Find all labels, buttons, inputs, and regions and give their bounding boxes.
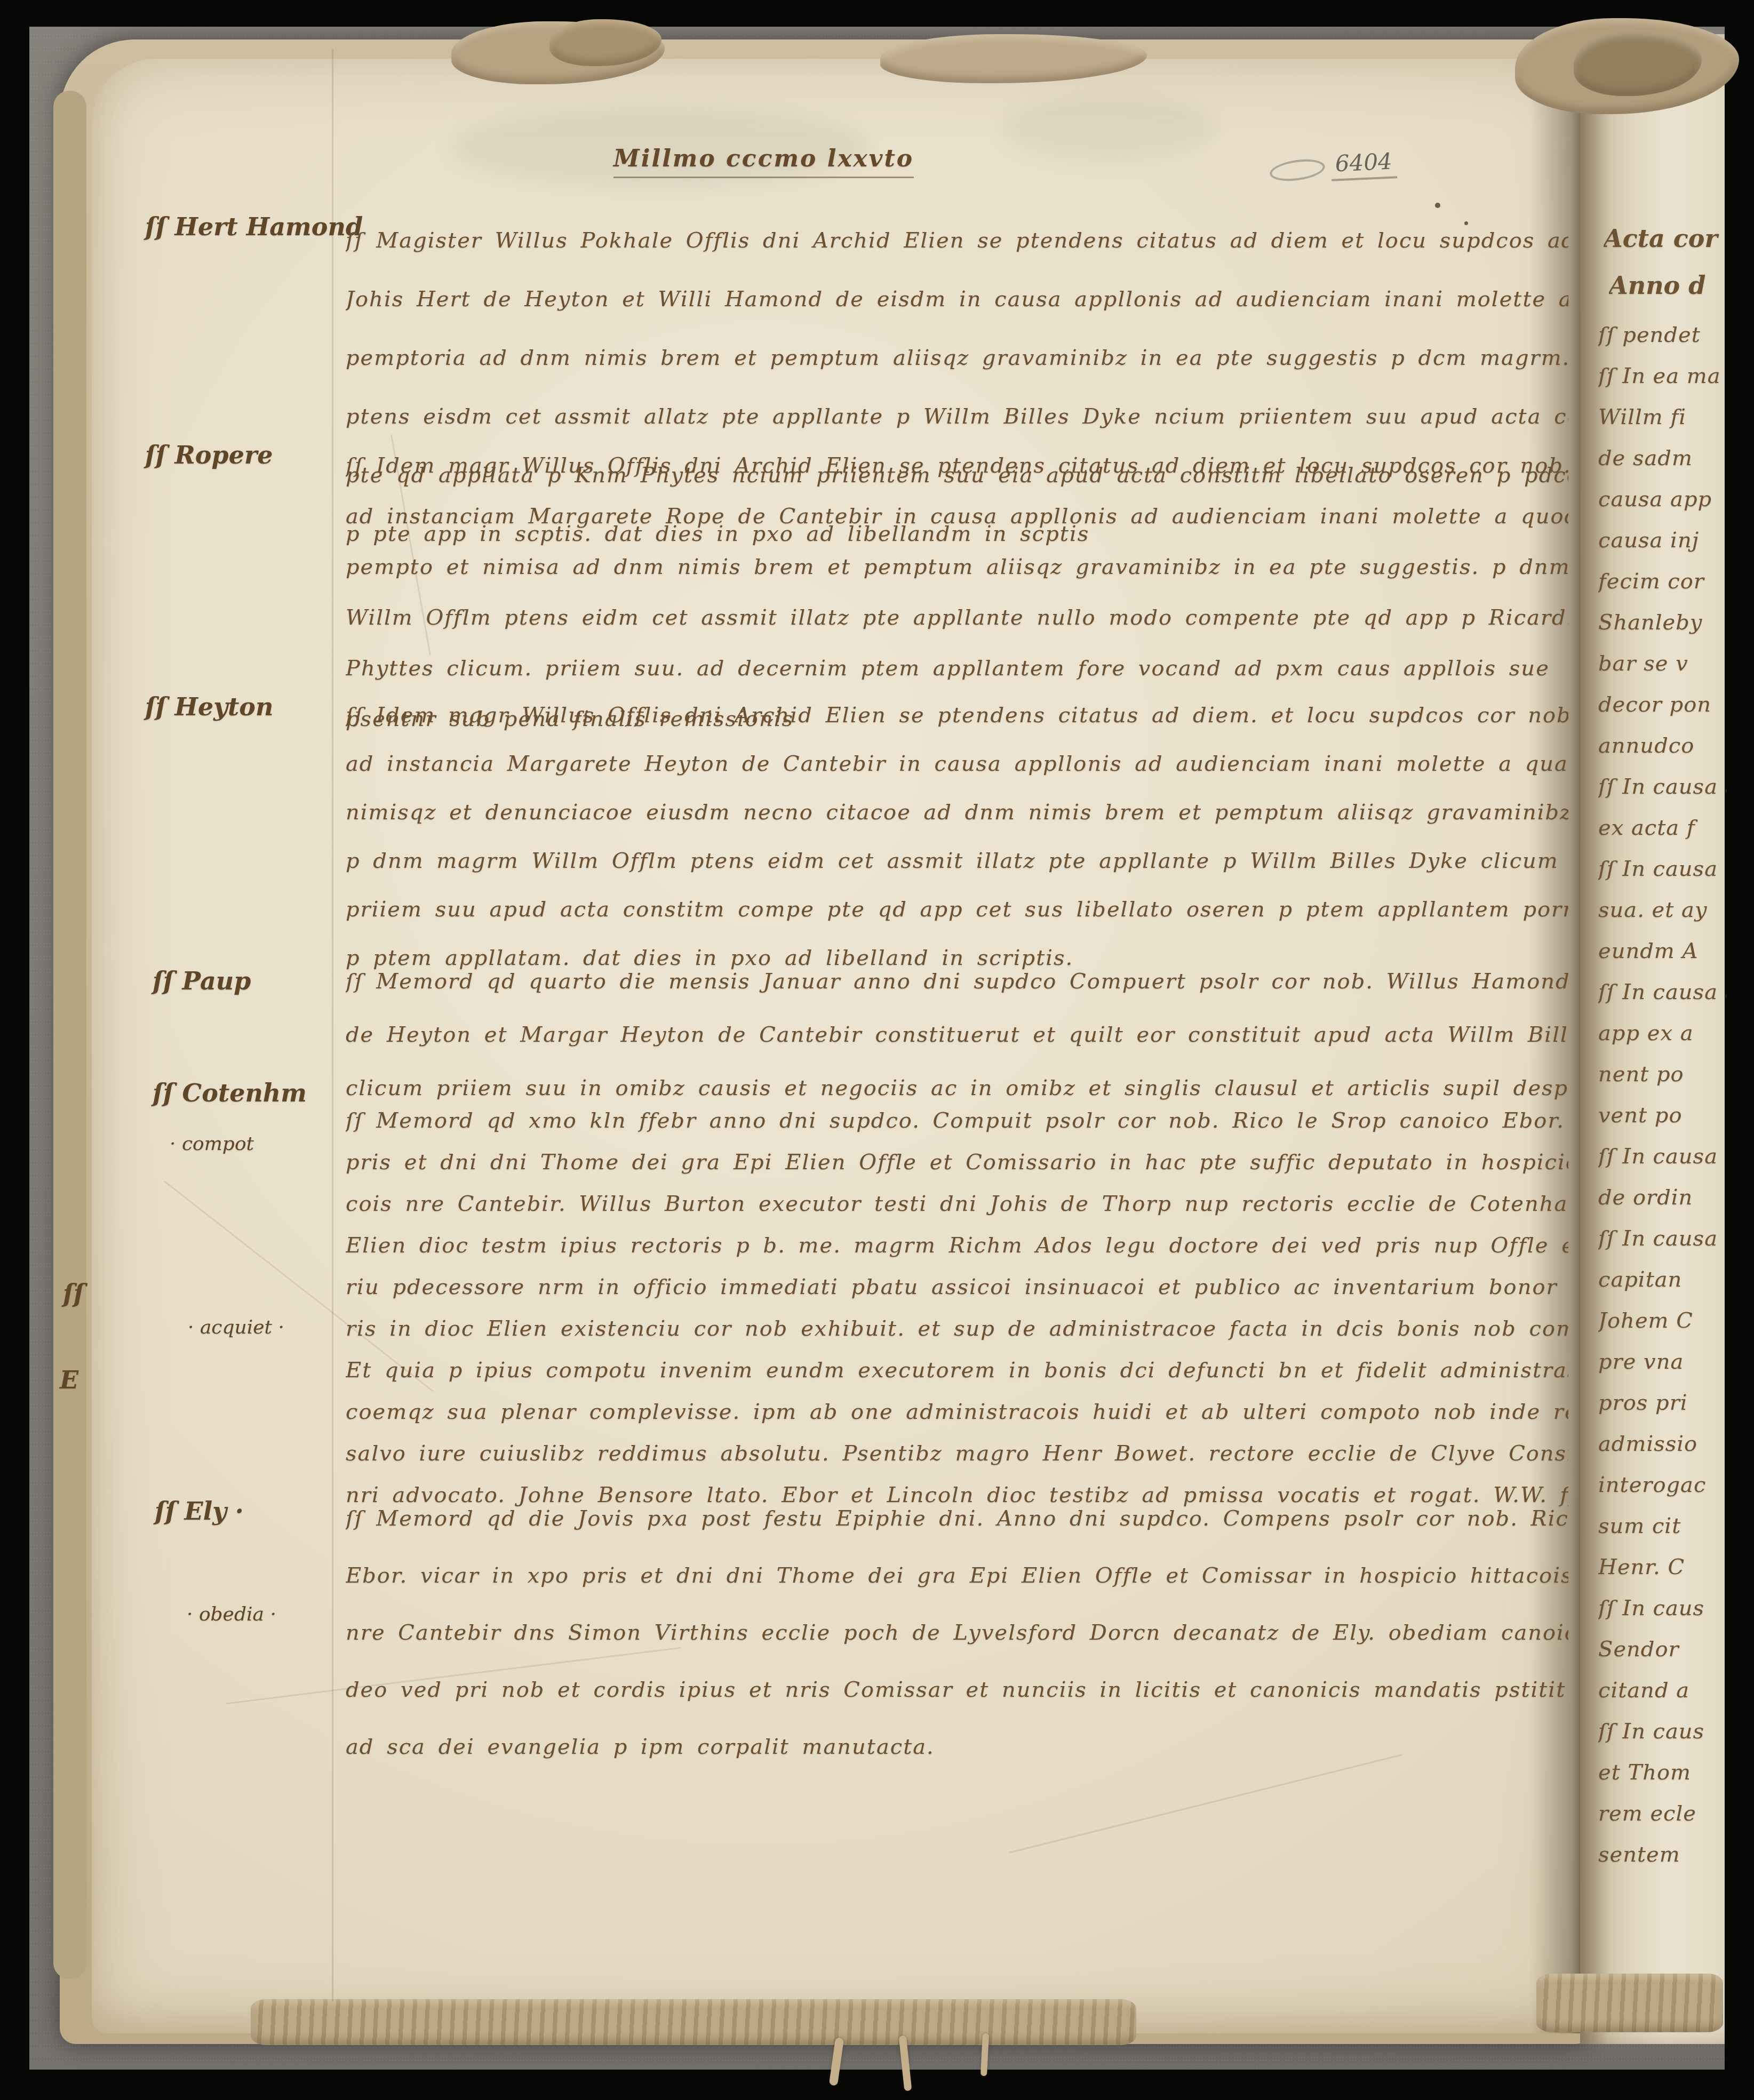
- text-line: Phyttes clicum. priiem suu. ad decernim …: [346, 643, 1568, 694]
- margin-note-ropere: ſſ Ropere: [145, 441, 273, 469]
- text-line: Et quia p ipius compotu invenim eundm ex…: [346, 1350, 1568, 1391]
- text-line: Ebor. vicar in xpo pris et dni dni Thome…: [346, 1547, 1568, 1604]
- facing-page-text-line: ex acta f: [1598, 808, 1726, 849]
- text-line: cois nre Cantebir. Willus Burton executo…: [346, 1183, 1568, 1225]
- edge-paraph-mark: E: [60, 1366, 78, 1394]
- facing-page-text-line: pros pri: [1598, 1383, 1726, 1424]
- text-line: ad instancia Margarete Heyton de Cantebi…: [346, 740, 1568, 788]
- facing-page-text-line: et Thom: [1598, 1752, 1726, 1793]
- facing-page-text-line: app ex a: [1598, 1013, 1726, 1054]
- entry-cotenham-compot: ſſ Memord qd xmo kln ffebr anno dni supd…: [346, 1100, 1568, 1516]
- text-line: Johis Hert de Heyton et Willi Hamond de …: [346, 270, 1568, 329]
- text-line: priiem suu apud acta constitm compe pte …: [346, 885, 1568, 934]
- margin-note-compot: · compot: [170, 1133, 254, 1155]
- facing-page-text-line: eundm A: [1598, 931, 1726, 972]
- facing-page-text-line: Willm fi: [1598, 397, 1726, 438]
- facing-page-text-line: ſſ In ea ma: [1598, 356, 1726, 397]
- facing-page-text-line: ſſ In causa: [1598, 849, 1726, 890]
- ink-speck: [1435, 203, 1440, 208]
- pencil-folio-number: 6404: [1330, 148, 1397, 181]
- text-line: riu pdecessore nrm in officio immediati …: [346, 1266, 1568, 1308]
- text-line: pempto et nimisa ad dnm nimis brem et pe…: [346, 542, 1568, 593]
- facing-page-text-line: de ordin: [1598, 1177, 1726, 1218]
- facing-page-text-line: rem ecle: [1598, 1793, 1726, 1834]
- margin-note-cotenham: ſſ Cotenhm: [153, 1079, 307, 1107]
- text-line: pris et dni dni Thome dei gra Epi Elien …: [346, 1141, 1568, 1183]
- text-line: de Heyton et Margar Heyton de Cantebir c…: [346, 1008, 1568, 1061]
- margin-note-acquiet: · acquiet ·: [188, 1316, 284, 1338]
- text-line: nimisqz et denunciacoe eiusdm necno cita…: [346, 788, 1568, 837]
- facing-page-text-line: admissio: [1598, 1424, 1726, 1465]
- text-line: ſſ Memord qd xmo kln ffebr anno dni supd…: [346, 1100, 1568, 1141]
- facing-page-heading: Acta cor: [1604, 224, 1729, 253]
- text-line: coemqz sua plenar complevisse. ipm ab on…: [346, 1391, 1568, 1433]
- entry-heyton: ſſ Idem magr Willus Offlis dni Archid El…: [346, 691, 1568, 983]
- margin-note-hert-hamond: ſſ Hert Hamond: [145, 212, 363, 241]
- facing-page-fragments: ſſ pendetſſ In ea maWillm fide sadmcausa…: [1598, 315, 1726, 1878]
- facing-page-heading: Anno d: [1609, 271, 1734, 300]
- facing-page-text-line: ſſ In causa a: [1598, 766, 1726, 808]
- facing-page-text-line: annudco: [1598, 725, 1726, 766]
- facing-page-text-line: sum cit: [1598, 1506, 1726, 1547]
- facing-page-text-line: ſſ In caus: [1598, 1588, 1726, 1629]
- text-line: nre Cantebir dns Simon Virthins ecclie p…: [346, 1604, 1568, 1662]
- text-line: ſſ Memord qd die Jovis pxa post festu Ep…: [346, 1490, 1568, 1547]
- entry-paup-proxies: ſſ Memord qd quarto die mensis Januar an…: [346, 955, 1568, 1115]
- margin-note-heyton: ſſ Heyton: [145, 692, 273, 721]
- text-line: deo ved pri nob et cordis ipius et nris …: [346, 1662, 1568, 1719]
- facing-page-text-line: fecim cor: [1598, 561, 1726, 602]
- facing-page-text-line: ſſ In causa: [1598, 1136, 1726, 1177]
- margin-note-ely: ſſ Ely ·: [155, 1497, 244, 1526]
- facing-page-text-line: citand a: [1598, 1670, 1726, 1711]
- text-line: ſſ Magister Willus Pokhale Offlis dni Ar…: [346, 211, 1568, 270]
- facing-page-text-line: Shanleby: [1598, 602, 1726, 643]
- facing-page-text-line: Sendor: [1598, 1629, 1726, 1670]
- margin-note-obedia: · obedia ·: [187, 1603, 276, 1625]
- text-line: ſſ Idem magr Willus Offlis dni Archid El…: [346, 691, 1568, 740]
- text-line: ſſ Memord qd quarto die mensis Januar an…: [346, 955, 1568, 1008]
- text-line: ad instanciam Margarete Rope de Cantebir…: [346, 491, 1568, 542]
- facing-page-text-line: capitan: [1598, 1259, 1726, 1300]
- edge-paraph-mark: ſſ: [63, 1279, 84, 1308]
- facing-page-text-line: ſſ In caus: [1598, 1711, 1726, 1752]
- text-line: ptens eisdm cet assmit allatz pte applla…: [346, 387, 1568, 446]
- facing-page-text-line: bar se v: [1598, 643, 1726, 684]
- text-line: salvo iure cuiuslibz reddimus absolutu. …: [346, 1433, 1568, 1474]
- text-line: ad sca dei evangelia p ipm corpalit manu…: [346, 1719, 1568, 1776]
- facing-page-text-line: sentem: [1598, 1834, 1726, 1875]
- margin-note-paup: ſſ Paup: [153, 967, 251, 995]
- text-line: ris in dioc Elien existenciu cor nob exh…: [346, 1308, 1568, 1350]
- manuscript-photo: Millmo cccmo lxxvto 6404 ſſ Hert Hamond …: [0, 0, 1754, 2100]
- ruled-margin-line: [332, 49, 333, 2001]
- binding-fray-bottom-right: [1536, 1974, 1723, 2032]
- text-line: p dnm magrm Willm Offlm ptens eidm cet a…: [346, 837, 1568, 885]
- page-stack-strip: [53, 91, 86, 1979]
- facing-page-text-line: vent po: [1598, 1095, 1726, 1136]
- facing-page-text-line: Henr. C: [1598, 1547, 1726, 1588]
- facing-page-text-line: causa inj: [1598, 520, 1726, 561]
- show-through-stain: [1003, 96, 1216, 160]
- text-line: Elien dioc testm ipius rectoris p b. me.…: [346, 1225, 1568, 1266]
- facing-page-text-line: interogac: [1598, 1465, 1726, 1506]
- year-heading: Millmo cccmo lxxvto: [613, 145, 914, 178]
- facing-page-text-line: nent po: [1598, 1054, 1726, 1095]
- entry-ely-obedience: ſſ Memord qd die Jovis pxa post festu Ep…: [346, 1490, 1568, 1776]
- text-line: pemptoria ad dnm nimis brem et pemptum a…: [346, 329, 1568, 387]
- text-line: Willm Offlm ptens eidm cet assmit illatz…: [346, 593, 1568, 643]
- facing-page-text-line: ſſ pendet: [1598, 315, 1726, 356]
- facing-page-text-line: ſſ In causa a: [1598, 972, 1726, 1013]
- binding-fray-bottom: [251, 1999, 1136, 2045]
- facing-page-text-line: pre vna: [1598, 1342, 1726, 1383]
- facing-page-text-line: de sadm: [1598, 438, 1726, 479]
- facing-page-text-line: sua. et ay: [1598, 890, 1726, 931]
- facing-page-text-line: decor pon: [1598, 684, 1726, 725]
- facing-page-text-line: Johem C: [1598, 1300, 1726, 1342]
- facing-page-text-line: causa app: [1598, 479, 1726, 520]
- text-line: ſſ Idem magr Willus Offlis dni Archid El…: [346, 441, 1568, 491]
- facing-page-text-line: ſſ In causa: [1598, 1218, 1726, 1259]
